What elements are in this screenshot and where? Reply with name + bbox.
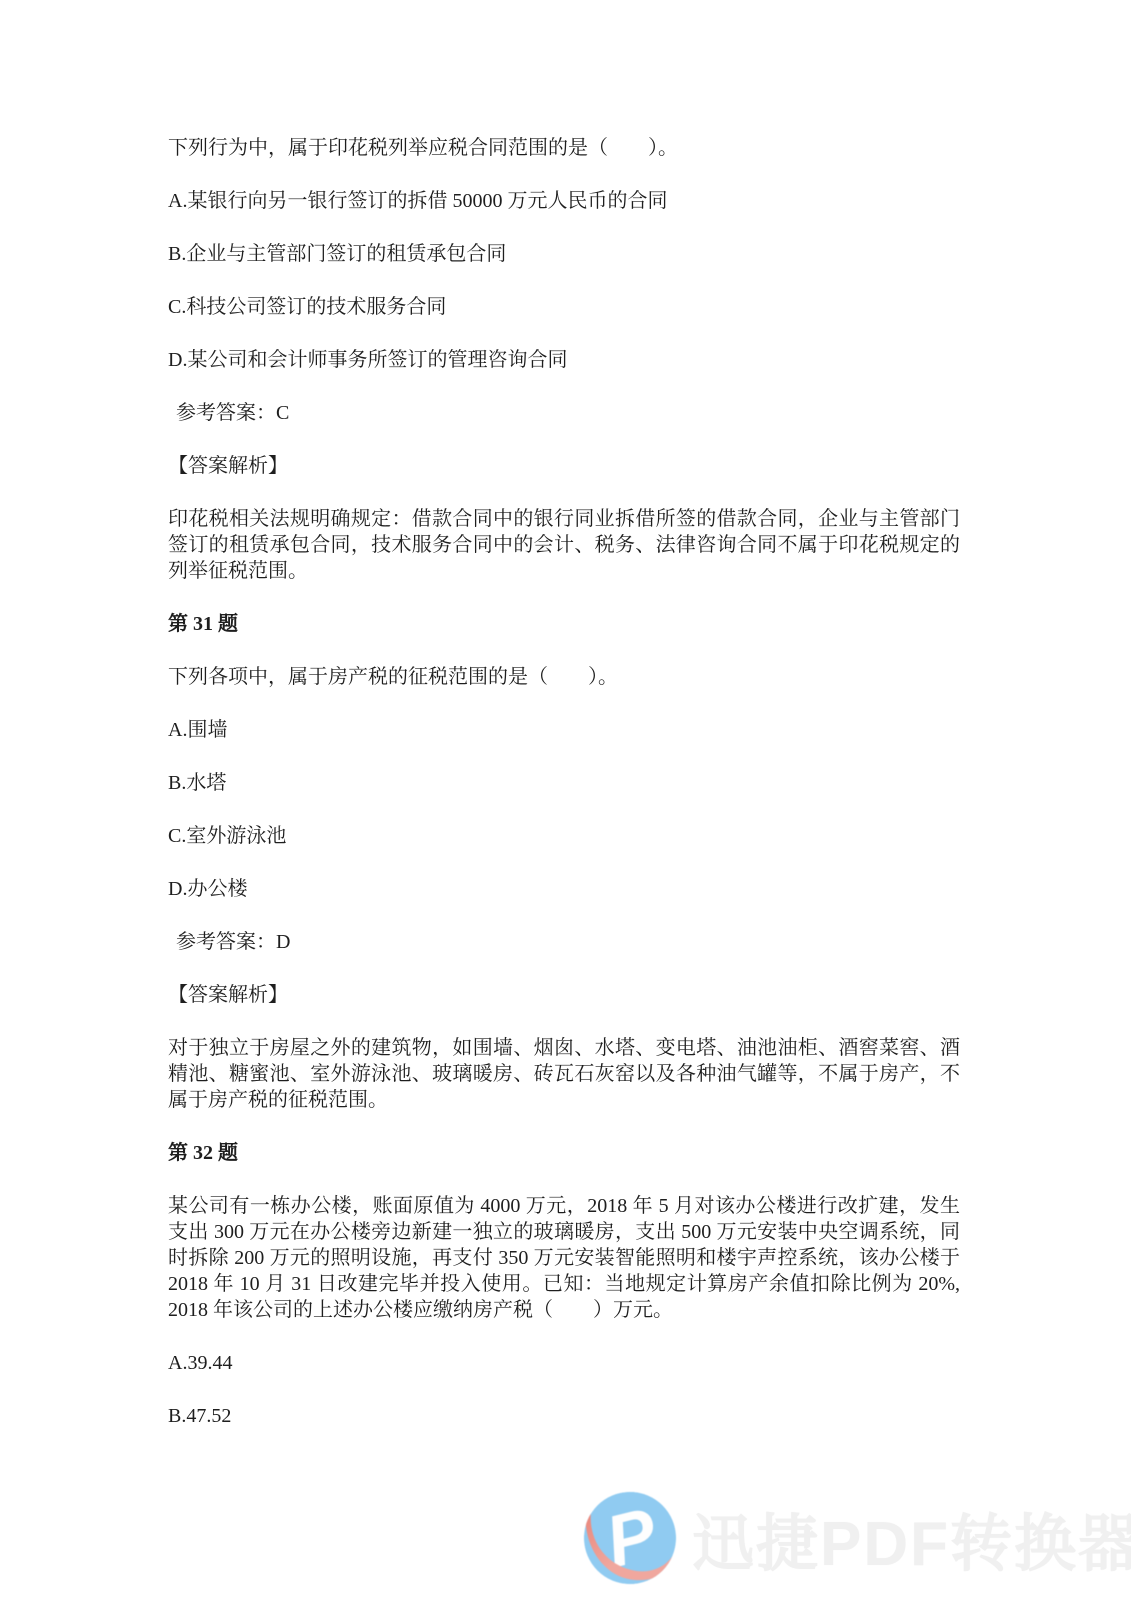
q32-number-heading: 第 32 题	[168, 1140, 960, 1166]
q30-analysis-heading: 【答案解析】	[168, 453, 960, 479]
q30-option-d: D.某公司和会计师事务所签订的管理咨询合同	[168, 347, 960, 373]
q32-option-b: B.47.52	[168, 1403, 960, 1429]
q31-reference-answer: 参考答案：D	[168, 929, 960, 955]
q31-analysis-text: 对于独立于房屋之外的建筑物，如围墙、烟囱、水塔、变电塔、油池油柜、酒窖菜窖、酒精…	[168, 1035, 960, 1113]
exam-content: 下列行为中，属于印花税列举应税合同范围的是（ ）。 A.某银行向另一银行签订的拆…	[168, 135, 960, 1456]
logo-circle	[584, 1492, 676, 1584]
q31-number-heading: 第 31 题	[168, 611, 960, 637]
watermark-text: 迅捷PDF转换器	[692, 1494, 1131, 1583]
q30-stem: 下列行为中，属于印花税列举应税合同范围的是（ ）。	[168, 135, 960, 161]
pdf-converter-logo-icon: P	[582, 1490, 678, 1586]
q32-option-a: A.39.44	[168, 1350, 960, 1376]
q30-option-b: B.企业与主管部门签订的租赁承包合同	[168, 241, 960, 267]
document-page: 下列行为中，属于印花税列举应税合同范围的是（ ）。 A.某银行向另一银行签订的拆…	[0, 0, 1131, 1600]
q31-stem: 下列各项中，属于房产税的征税范围的是（ ）。	[168, 664, 960, 690]
q30-reference-answer: 参考答案：C	[168, 400, 960, 426]
q30-analysis-text: 印花税相关法规明确规定：借款合同中的银行同业拆借所签的借款合同，企业与主管部门签…	[168, 506, 960, 584]
logo-ribbon-swoosh	[586, 1502, 677, 1580]
q32-stem: 某公司有一栋办公楼，账面原值为 4000 万元，2018 年 5 月对该办公楼进…	[168, 1193, 960, 1323]
q30-option-a: A.某银行向另一银行签订的拆借 50000 万元人民币的合同	[168, 188, 960, 214]
q30-option-c: C.科技公司签订的技术服务合同	[168, 294, 960, 320]
pdf-converter-watermark: P 迅捷PDF转换器	[582, 1490, 1131, 1586]
q31-option-a: A.围墙	[168, 717, 960, 743]
q31-option-d: D.办公楼	[168, 876, 960, 902]
logo-letter-p: P	[598, 1493, 665, 1583]
q31-option-c: C.室外游泳池	[168, 823, 960, 849]
q31-analysis-heading: 【答案解析】	[168, 982, 960, 1008]
q31-option-b: B.水塔	[168, 770, 960, 796]
